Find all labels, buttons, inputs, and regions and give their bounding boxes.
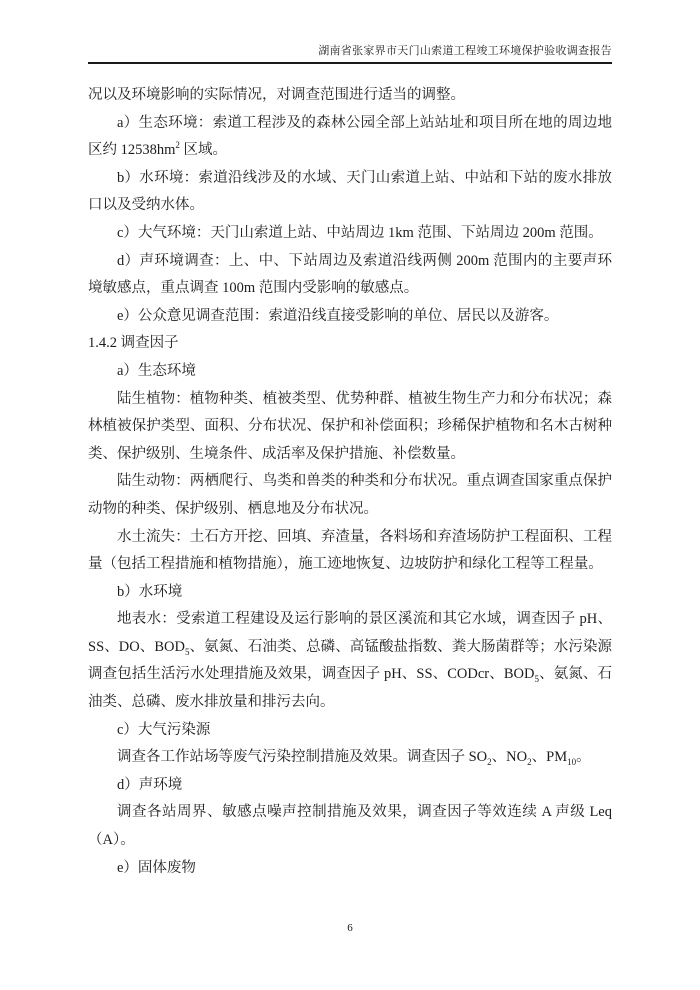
paragraph: 况以及环境影响的实际情况，对调查范围进行适当的调整。 (88, 82, 612, 110)
header-title: 湖南省张家界市天门山索道工程竣工环境保护验收调查报告 (88, 44, 612, 58)
paragraph: 地表水：受索道工程建设及运行影响的景区溪流和其它水域，调查因子 pH、SS、DO… (88, 606, 612, 716)
paragraph: 水土流失：土石方开挖、回填、弃渣量，各料场和弃渣场防护工程面积、工程量（包括工程… (88, 524, 612, 579)
paragraph: c）大气环境：天门山索道上站、中站周边 1km 范围、下站周边 200m 范围。 (88, 220, 612, 248)
paragraph: e）固体废物 (88, 855, 612, 883)
document-body: 况以及环境影响的实际情况，对调查范围进行适当的调整。a）生态环境：索道工程涉及的… (88, 82, 612, 882)
page-number: 6 (347, 922, 353, 934)
header-rule (88, 62, 612, 64)
paragraph: 陆生动物：两栖爬行、鸟类和兽类的种类和分布状况。重点调查国家重点保护动物的种类、… (88, 468, 612, 523)
paragraph: a）生态环境 (88, 358, 612, 386)
paragraph: b）水环境 (88, 579, 612, 607)
document-page: 湖南省张家界市天门山索道工程竣工环境保护验收调查报告 况以及环境影响的实际情况，… (0, 0, 700, 990)
paragraph: a）生态环境：索道工程涉及的森林公园全部上站站址和项目所在地的周边地区约 125… (88, 110, 612, 165)
page-footer: 6 (0, 922, 700, 934)
paragraph: e）公众意见调查范围：索道沿线直接受影响的单位、居民以及游客。 (88, 303, 612, 331)
paragraph: 调查各站周界、敏感点噪声控制措施及效果，调查因子等效连续 A 声级 Leq（A）… (88, 799, 612, 854)
page-header: 湖南省张家界市天门山索道工程竣工环境保护验收调查报告 (88, 0, 612, 64)
section-heading: 1.4.2 调查因子 (88, 330, 612, 358)
paragraph: b）水环境：索道沿线涉及的水域、天门山索道上站、中站和下站的废水排放口以及受纳水… (88, 165, 612, 220)
paragraph: 陆生植物：植物种类、植被类型、优势种群、植被生物生产力和分布状况；森林植被保护类… (88, 386, 612, 469)
paragraph: 调查各工作站场等废气污染控制措施及效果。调查因子 SO2、NO2、PM10。 (88, 744, 612, 772)
paragraph: d）声环境调查：上、中、下站周边及索道沿线两侧 200m 范围内的主要声环境敏感… (88, 248, 612, 303)
paragraph: c）大气污染源 (88, 717, 612, 745)
paragraph: d）声环境 (88, 772, 612, 800)
